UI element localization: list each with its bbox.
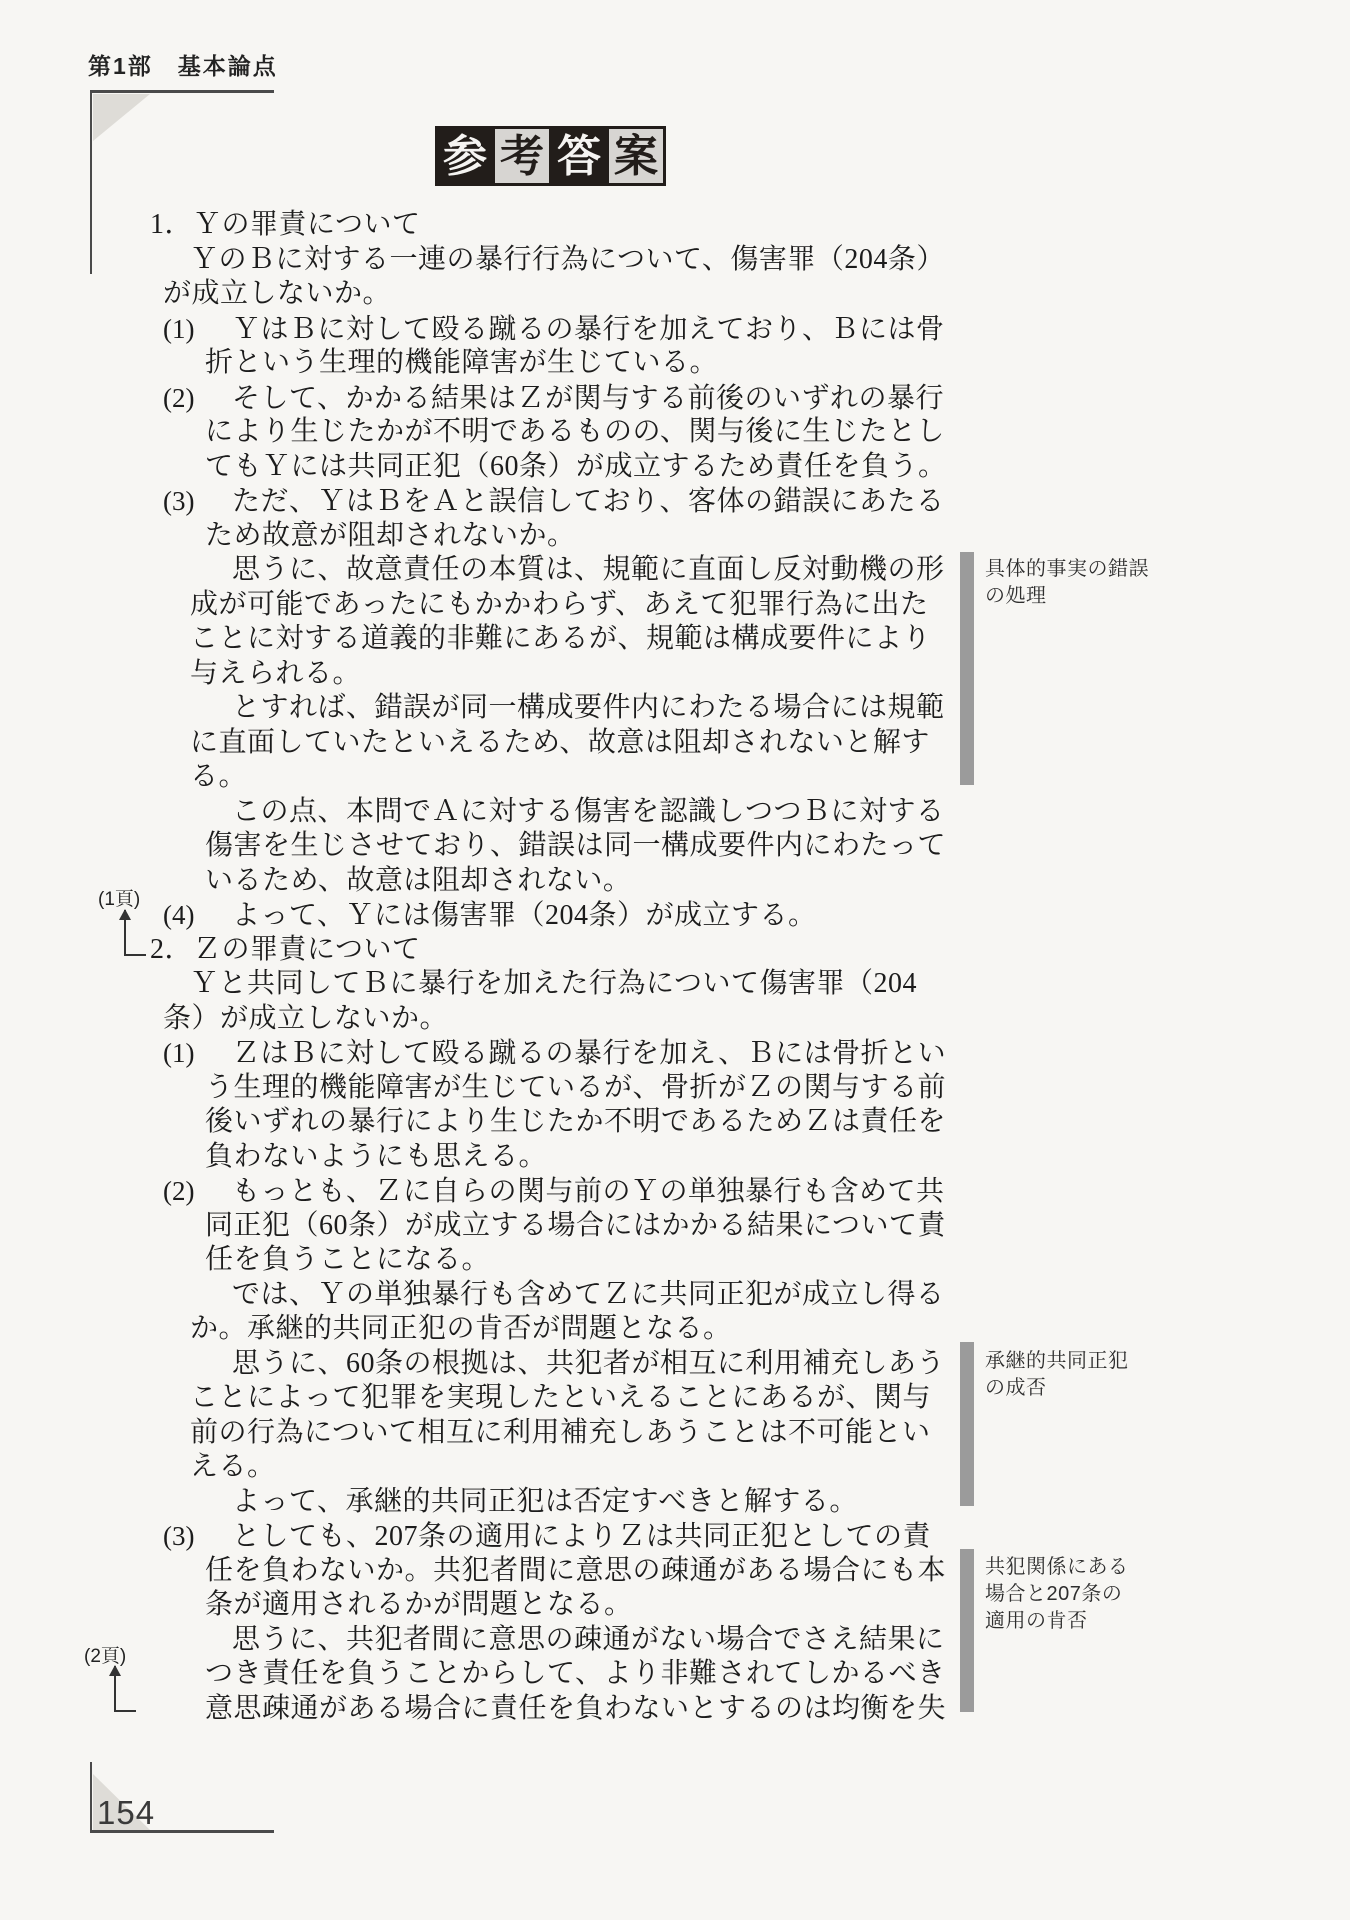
side-note-bar <box>960 552 974 785</box>
answer-line: 与えられる。 <box>0 657 1350 692</box>
answer-line-text: 任を負わないか。共犯者間に意思の疎通がある場合にも本 <box>205 1555 946 1586</box>
answer-line-text: 思うに、故意責任の本質は、規範に直面し反対動機の形 <box>232 554 945 585</box>
answer-line-text: ＹのＢに対する一連の暴行行為について、傷害罪（204条） <box>190 244 945 275</box>
answer-line: (3)ただ、ＹはＢをＡと誤信しており、客体の錯誤にあたる <box>0 484 1350 519</box>
answer-line: Ｙと共同してＢに暴行を加えた行為について傷害罪（204 <box>0 967 1350 1002</box>
answer-line-text: いるため、故意は阻却されない。 <box>205 865 631 896</box>
answer-line-text: 意思疎通がある場合に責任を負わないとするのは均衡を失 <box>205 1693 946 1724</box>
answer-line-text: 任を負うことになる。 <box>205 1244 490 1275</box>
corner-triangle-decoration-top <box>93 94 150 141</box>
page-break-marker-1: (1頁) <box>98 884 140 911</box>
answer-line-text: てもＹには共同正犯（60条）が成立するため責任を負う。 <box>205 451 947 482</box>
answer-line-text: える。 <box>190 1451 276 1482</box>
answer-line-text: そして、かかる結果はＺが関与する前後のいずれの暴行 <box>232 383 944 414</box>
answer-line-text: 折という生理的機能障害が生じている。 <box>205 347 718 378</box>
answer-line: よって、承継的共同正犯は否定すべきと解する。 <box>0 1485 1350 1520</box>
answer-line-text: ため故意が阻却されないか。 <box>205 520 576 551</box>
item-number-marker: (3) <box>163 1519 232 1554</box>
side-note-line: 具体的事実の錯誤 <box>985 556 1215 583</box>
answer-line-text: が成立しないか。 <box>163 278 391 309</box>
title-char: 参 <box>438 129 492 183</box>
page-break-arrow-icon <box>114 1666 136 1712</box>
answer-line: (3)としても、207条の適用によりＺは共同正犯としての責 <box>0 1519 1350 1554</box>
answer-line-text: ことに対する道義的非難にあるが、規範は構成要件により <box>190 623 931 654</box>
answer-line-text: ＹはＢに対して殴る蹴るの暴行を加えており、Ｂには骨 <box>232 314 945 345</box>
answer-line-text: ＺはＢに対して殴る蹴るの暴行を加え、Ｂには骨折とい <box>232 1038 946 1069</box>
side-note-line: 適用の肯否 <box>985 1608 1215 1635</box>
answer-line: とすれば、錯誤が同一構成要件内にわたる場合には規範 <box>0 691 1350 726</box>
answer-line-text: よって、承継的共同正犯は否定すべきと解する。 <box>232 1486 858 1517</box>
answer-line-text: では、Ｙの単独暴行も含めてＺに共同正犯が成立し得る <box>232 1279 945 1310</box>
page-number: 154 <box>97 1794 155 1832</box>
answer-line: (2)もっとも、Ｚに自らの関与前のＹの単独暴行も含めて共 <box>0 1174 1350 1209</box>
answer-line: 後いずれの暴行により生じたか不明であるためＺは責任を <box>0 1105 1350 1140</box>
answer-line-text: この点、本問でＡに対する傷害を認識しつつＢに対する <box>232 796 945 827</box>
answer-line-text: により生じたかが不明であるものの、関与後に生じたとし <box>205 416 945 447</box>
answer-line: える。 <box>0 1450 1350 1485</box>
answer-line-text: ただ、ＹはＢをＡと誤信しており、客体の錯誤にあたる <box>232 486 945 517</box>
answer-line: では、Ｙの単独暴行も含めてＺに共同正犯が成立し得る <box>0 1278 1350 1313</box>
answer-line: 折という生理的機能障害が生じている。 <box>0 346 1350 381</box>
answer-line: 意思疎通がある場合に責任を負わないとするのは均衡を失 <box>0 1692 1350 1727</box>
answer-line: てもＹには共同正犯（60条）が成立するため責任を負う。 <box>0 450 1350 485</box>
side-note-line: 承継的共同正犯 <box>985 1348 1215 1375</box>
answer-line: ため故意が阻却されないか。 <box>0 519 1350 554</box>
answer-line: 1．Ｙの罪責について <box>0 208 1350 243</box>
item-number-marker: (2) <box>163 1174 232 1209</box>
chapter-header: 第1部 基本論点 <box>88 48 278 81</box>
answer-line-text: 1．Ｙの罪責について <box>150 209 420 240</box>
answer-line: (1)ＺはＢに対して殴る蹴るの暴行を加え、Ｂには骨折とい <box>0 1036 1350 1071</box>
title-char: 案 <box>609 129 663 183</box>
reference-answer-title: 参 考 答 案 <box>435 126 666 186</box>
title-char: 答 <box>552 129 606 183</box>
side-note-line: の処理 <box>985 583 1215 610</box>
answer-line: が成立しないか。 <box>0 277 1350 312</box>
answer-line: 傷害を生じさせており、錯誤は同一構成要件内にわたって <box>0 829 1350 864</box>
header-rule-horizontal <box>90 90 274 93</box>
answer-line: 条）が成立しないか。 <box>0 1002 1350 1037</box>
answer-line-text: 成が可能であったにもかかわらず、あえて犯罪行為に出た <box>190 589 928 620</box>
answer-line: 前の行為について相互に利用補充しあうことは不可能とい <box>0 1416 1350 1451</box>
item-number-marker: (4) <box>163 898 232 933</box>
answer-line-text: 条が適用されるかが問題となる。 <box>205 1589 633 1620</box>
answer-line-text: つき責任を負うことからして、より非難されてしかるべき <box>205 1658 945 1689</box>
answer-line: 負わないようにも思える。 <box>0 1140 1350 1175</box>
answer-line-text: 後いずれの暴行により生じたか不明であるためＺは責任を <box>205 1106 946 1137</box>
answer-line-text: 与えられる。 <box>190 658 361 689</box>
item-number-marker: (1) <box>163 312 232 347</box>
answer-line: (4)よって、Ｙには傷害罪（204条）が成立する。 <box>0 898 1350 933</box>
answer-line: つき責任を負うことからして、より非難されてしかるべき <box>0 1657 1350 1692</box>
answer-line-text: に直面していたといえるため、故意は阻却されないと解す <box>190 727 930 758</box>
side-note-line: 場合と207条の <box>985 1581 1215 1608</box>
answer-line-text: 同正犯（60条）が成立する場合にはかかる結果について責 <box>205 1210 946 1241</box>
page-break-arrow-icon <box>124 910 146 956</box>
item-number-marker: (3) <box>163 484 232 519</box>
item-number-marker: (1) <box>163 1036 232 1071</box>
answer-line-text: よって、Ｙには傷害罪（204条）が成立する。 <box>232 900 816 931</box>
answer-line: いるため、故意は阻却されない。 <box>0 864 1350 899</box>
answer-line-text: う生理的機能障害が生じているが、骨折がＺの関与する前 <box>205 1072 946 1103</box>
answer-line-text: Ｙと共同してＢに暴行を加えた行為について傷害罪（204 <box>190 968 917 999</box>
answer-line-text: 2．Ｚの罪責について <box>150 934 420 965</box>
answer-text: 1．Ｙの罪責についてＹのＢに対する一連の暴行行為について、傷害罪（204条）が成… <box>0 208 1350 1726</box>
answer-line: 同正犯（60条）が成立する場合にはかかる結果について責 <box>0 1209 1350 1244</box>
side-note-line: 共犯関係にある <box>985 1554 1215 1581</box>
answer-line: この点、本問でＡに対する傷害を認識しつつＢに対する <box>0 795 1350 830</box>
side-note-line: の成否 <box>985 1375 1215 1402</box>
footer-rule-vertical <box>90 1762 92 1832</box>
answer-line-text: 前の行為について相互に利用補充しあうことは不可能とい <box>190 1417 930 1448</box>
answer-line-text: 思うに、共犯者間に意思の疎通がない場合でさえ結果に <box>232 1624 945 1655</box>
side-note: 承継的共同正犯 の成否 <box>985 1348 1215 1402</box>
answer-line: (2)そして、かかる結果はＺが関与する前後のいずれの暴行 <box>0 381 1350 416</box>
answer-line-text: 負わないようにも思える。 <box>205 1141 547 1172</box>
answer-line: ことに対する道義的非難にあるが、規範は構成要件により <box>0 622 1350 657</box>
answer-line: 任を負うことになる。 <box>0 1243 1350 1278</box>
side-note-bar <box>960 1342 974 1506</box>
answer-line-text: か。承継的共同正犯の肯否が問題となる。 <box>190 1313 732 1344</box>
item-number-marker: (2) <box>163 381 232 416</box>
answer-line-text: としても、207条の適用によりＺは共同正犯としての責 <box>232 1521 931 1552</box>
answer-line: に直面していたといえるため、故意は阻却されないと解す <box>0 726 1350 761</box>
title-char: 考 <box>495 129 549 183</box>
answer-line: (1)ＹはＢに対して殴る蹴るの暴行を加えており、Ｂには骨 <box>0 312 1350 347</box>
side-note-bar <box>960 1549 974 1712</box>
answer-line-text: 思うに、60条の根拠は、共犯者が相互に利用補充しあう <box>232 1348 945 1379</box>
answer-line: 2．Ｚの罪責について <box>0 933 1350 968</box>
side-note: 具体的事実の錯誤 の処理 <box>985 556 1215 610</box>
page-break-marker-2: (2頁) <box>84 1641 126 1668</box>
side-note: 共犯関係にある 場合と207条の 適用の肯否 <box>985 1554 1215 1635</box>
answer-line: か。承継的共同正犯の肯否が問題となる。 <box>0 1312 1350 1347</box>
answer-line-text: 傷害を生じさせており、錯誤は同一構成要件内にわたって <box>205 830 946 861</box>
answer-line-text: とすれば、錯誤が同一構成要件内にわたる場合には規範 <box>232 692 945 723</box>
answer-line-text: 条）が成立しないか。 <box>163 1003 448 1034</box>
answer-line: により生じたかが不明であるものの、関与後に生じたとし <box>0 415 1350 450</box>
answer-line: る。 <box>0 760 1350 795</box>
answer-line-text: る。 <box>190 761 247 792</box>
scanned-textbook-page: 第1部 基本論点 参 考 答 案 1．Ｙの罪責についてＹのＢに対する一連の暴行行… <box>0 0 1350 1920</box>
answer-line: ＹのＢに対する一連の暴行行為について、傷害罪（204条） <box>0 243 1350 278</box>
answer-line-text: もっとも、Ｚに自らの関与前のＹの単独暴行も含めて共 <box>232 1176 945 1207</box>
answer-line-text: ことによって犯罪を実現したといえることにあるが、関与 <box>190 1382 931 1413</box>
answer-line: う生理的機能障害が生じているが、骨折がＺの関与する前 <box>0 1071 1350 1106</box>
